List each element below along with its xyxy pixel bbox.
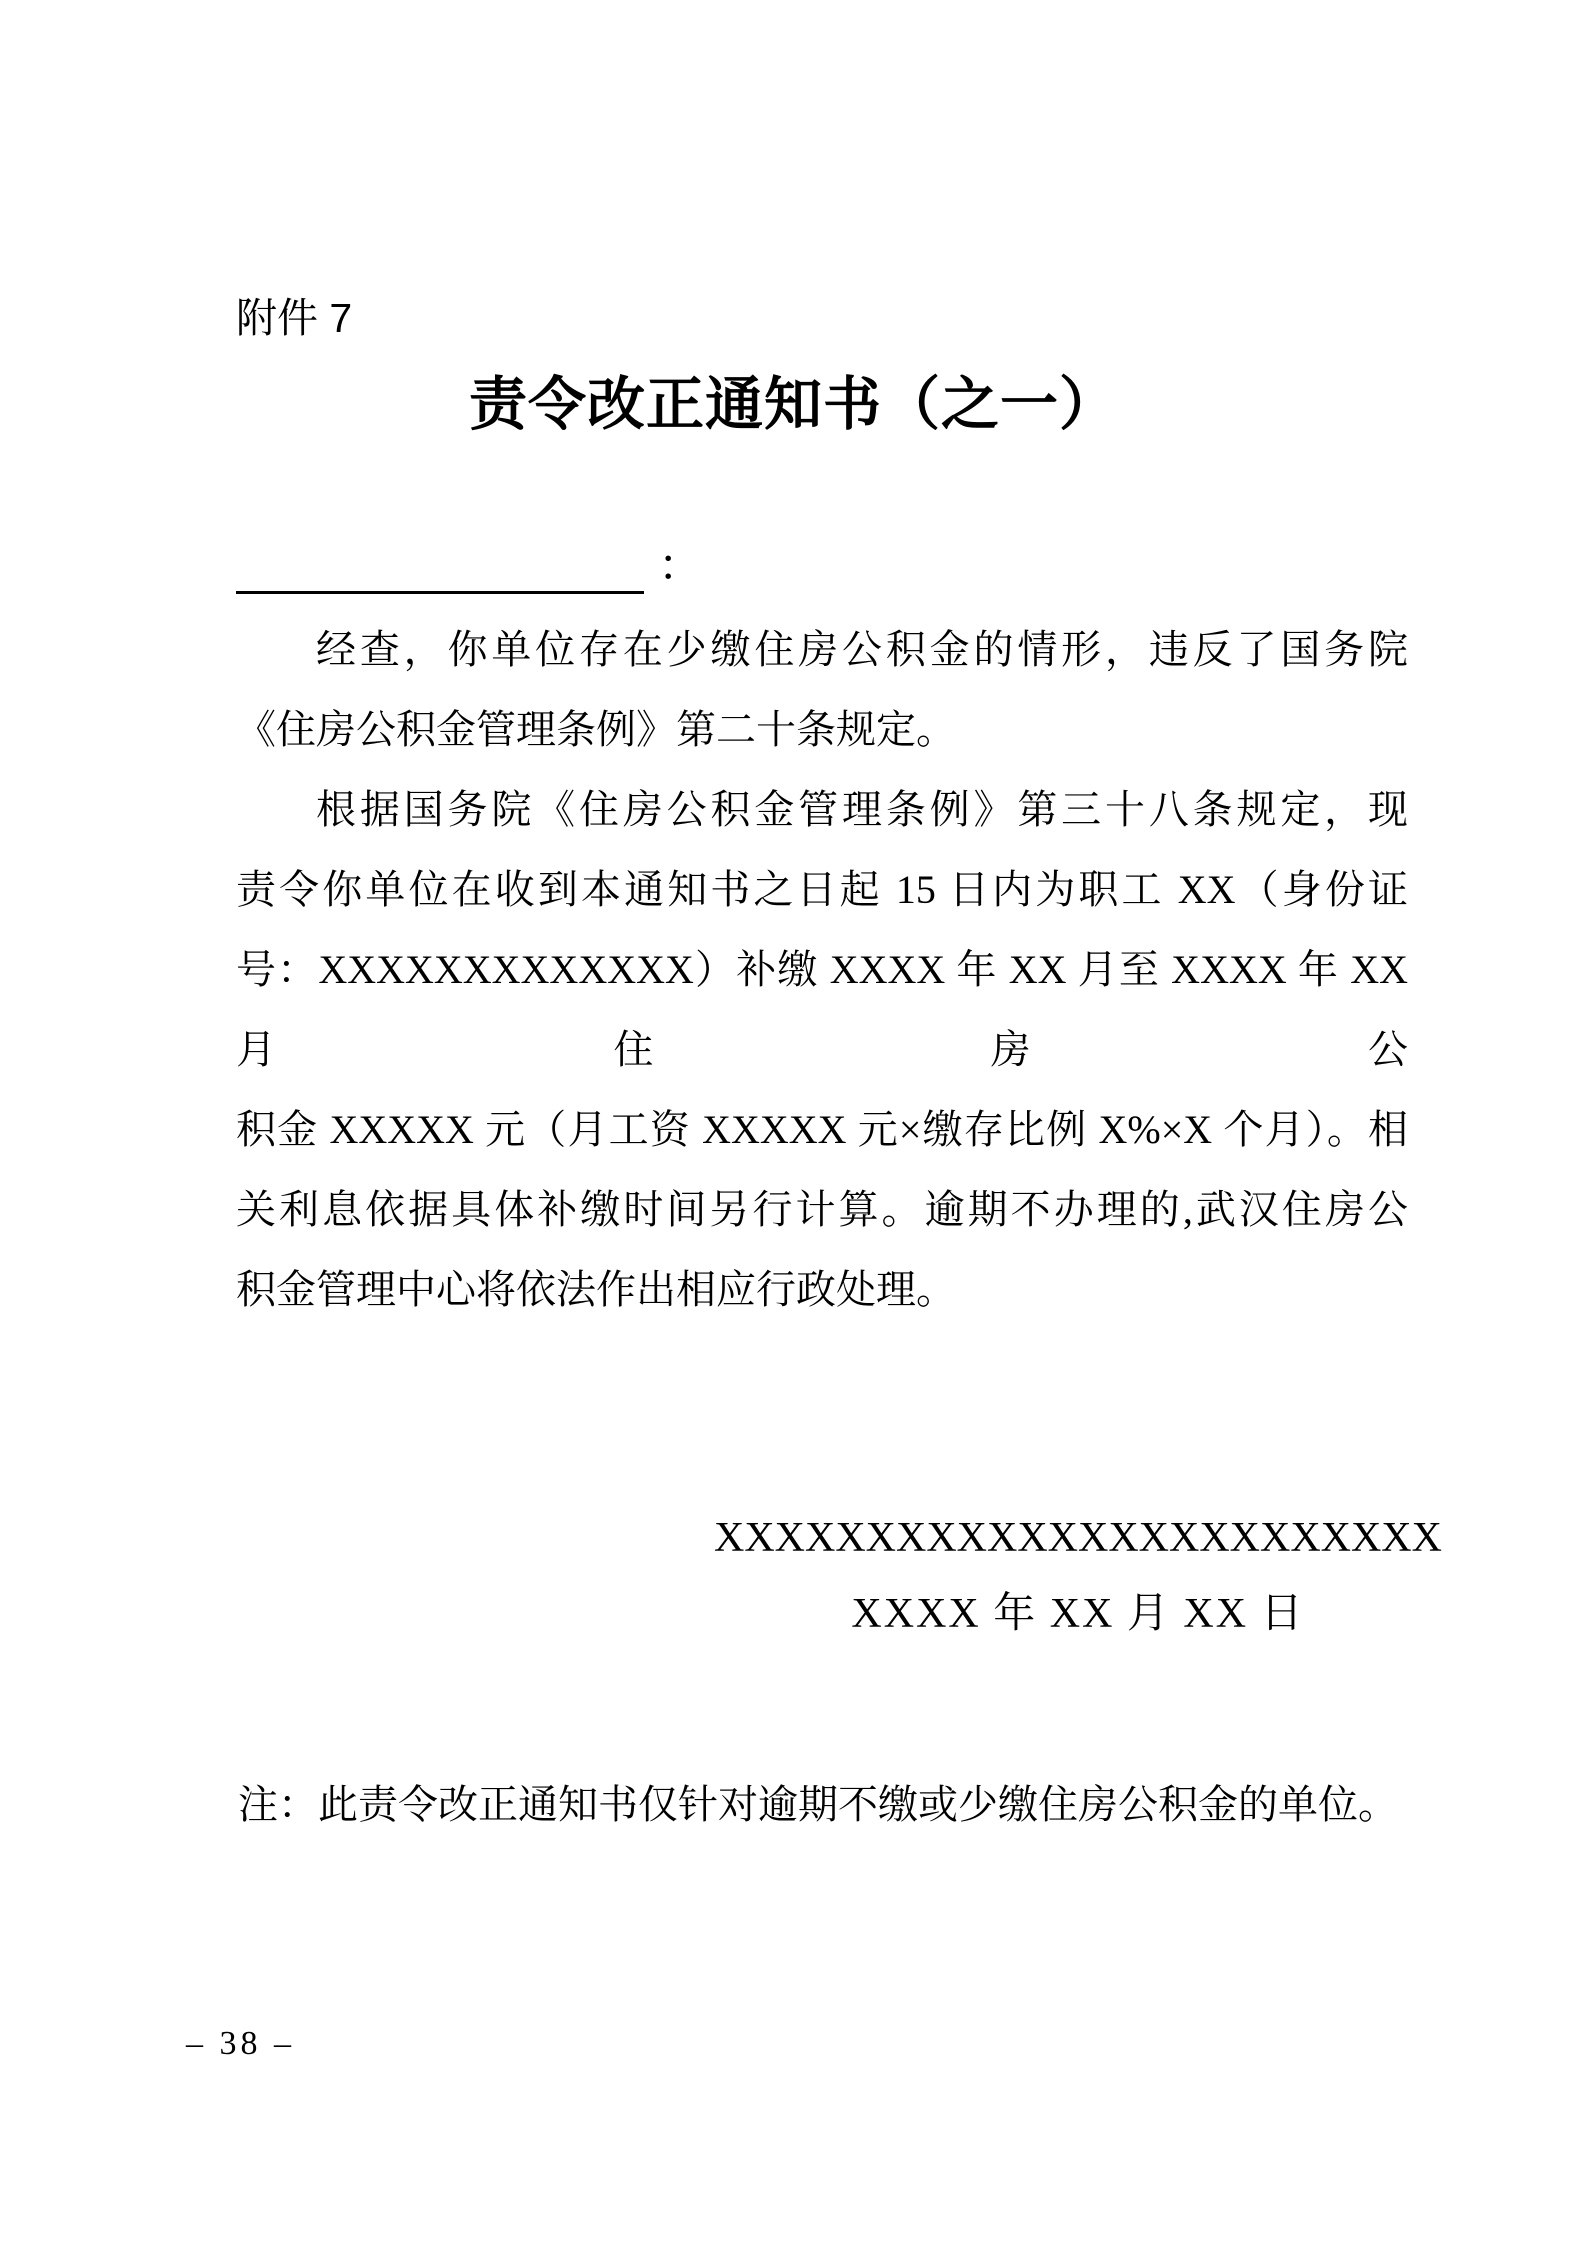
body-line: 关利息依据具体补缴时间另行计算。逾期不办理的,武汉住房公 bbox=[236, 1170, 1408, 1250]
body-line: 《住房公积金管理条例》第二十条规定。 bbox=[236, 690, 1408, 770]
signature-date-placeholder: XXXX 年 XX 月 XX 日 bbox=[851, 1586, 1304, 1642]
footnote: 注：此责令改正通知书仅针对逾期不缴或少缴住房公积金的单位。 bbox=[238, 1776, 1398, 1834]
body-line: 责令你单位在收到本通知书之日起 15 日内为职工 XX（身份证 bbox=[236, 850, 1408, 930]
recipient-blank-line bbox=[236, 542, 644, 594]
body-line: 积金 XXXXX 元（月工资 XXXXX 元×缴存比例 X%×X 个月）。相 bbox=[236, 1090, 1408, 1170]
signature-issuer-placeholder: XXXXXXXXXXXXXXXXXXXXXXXX bbox=[714, 1512, 1442, 1564]
body-text: 经查，你单位存在少缴住房公积金的情形，违反了国务院 《住房公积金管理条例》第二十… bbox=[236, 610, 1408, 1330]
recipient-salutation: ： bbox=[236, 538, 702, 594]
body-line: 号：XXXXXXXXXXXXX）补缴 XXXX 年 XX 月至 XXXX 年 X… bbox=[236, 930, 1408, 1090]
document-page: 附件 7 责令改正通知书（之一） ： 经查，你单位存在少缴住房公积金的情形，违反… bbox=[0, 0, 1587, 2245]
attachment-label: 附件 7 bbox=[236, 294, 352, 342]
salutation-colon: ： bbox=[658, 538, 702, 594]
body-line: 积金管理中心将依法作出相应行政处理。 bbox=[236, 1250, 1408, 1330]
body-line: 经查，你单位存在少缴住房公积金的情形，违反了国务院 bbox=[236, 610, 1408, 690]
document-title: 责令改正通知书（之一） bbox=[0, 370, 1587, 440]
page-number: – 38 – bbox=[186, 2024, 295, 2064]
body-line: 根据国务院《住房公积金管理条例》第三十八条规定，现 bbox=[236, 770, 1408, 850]
